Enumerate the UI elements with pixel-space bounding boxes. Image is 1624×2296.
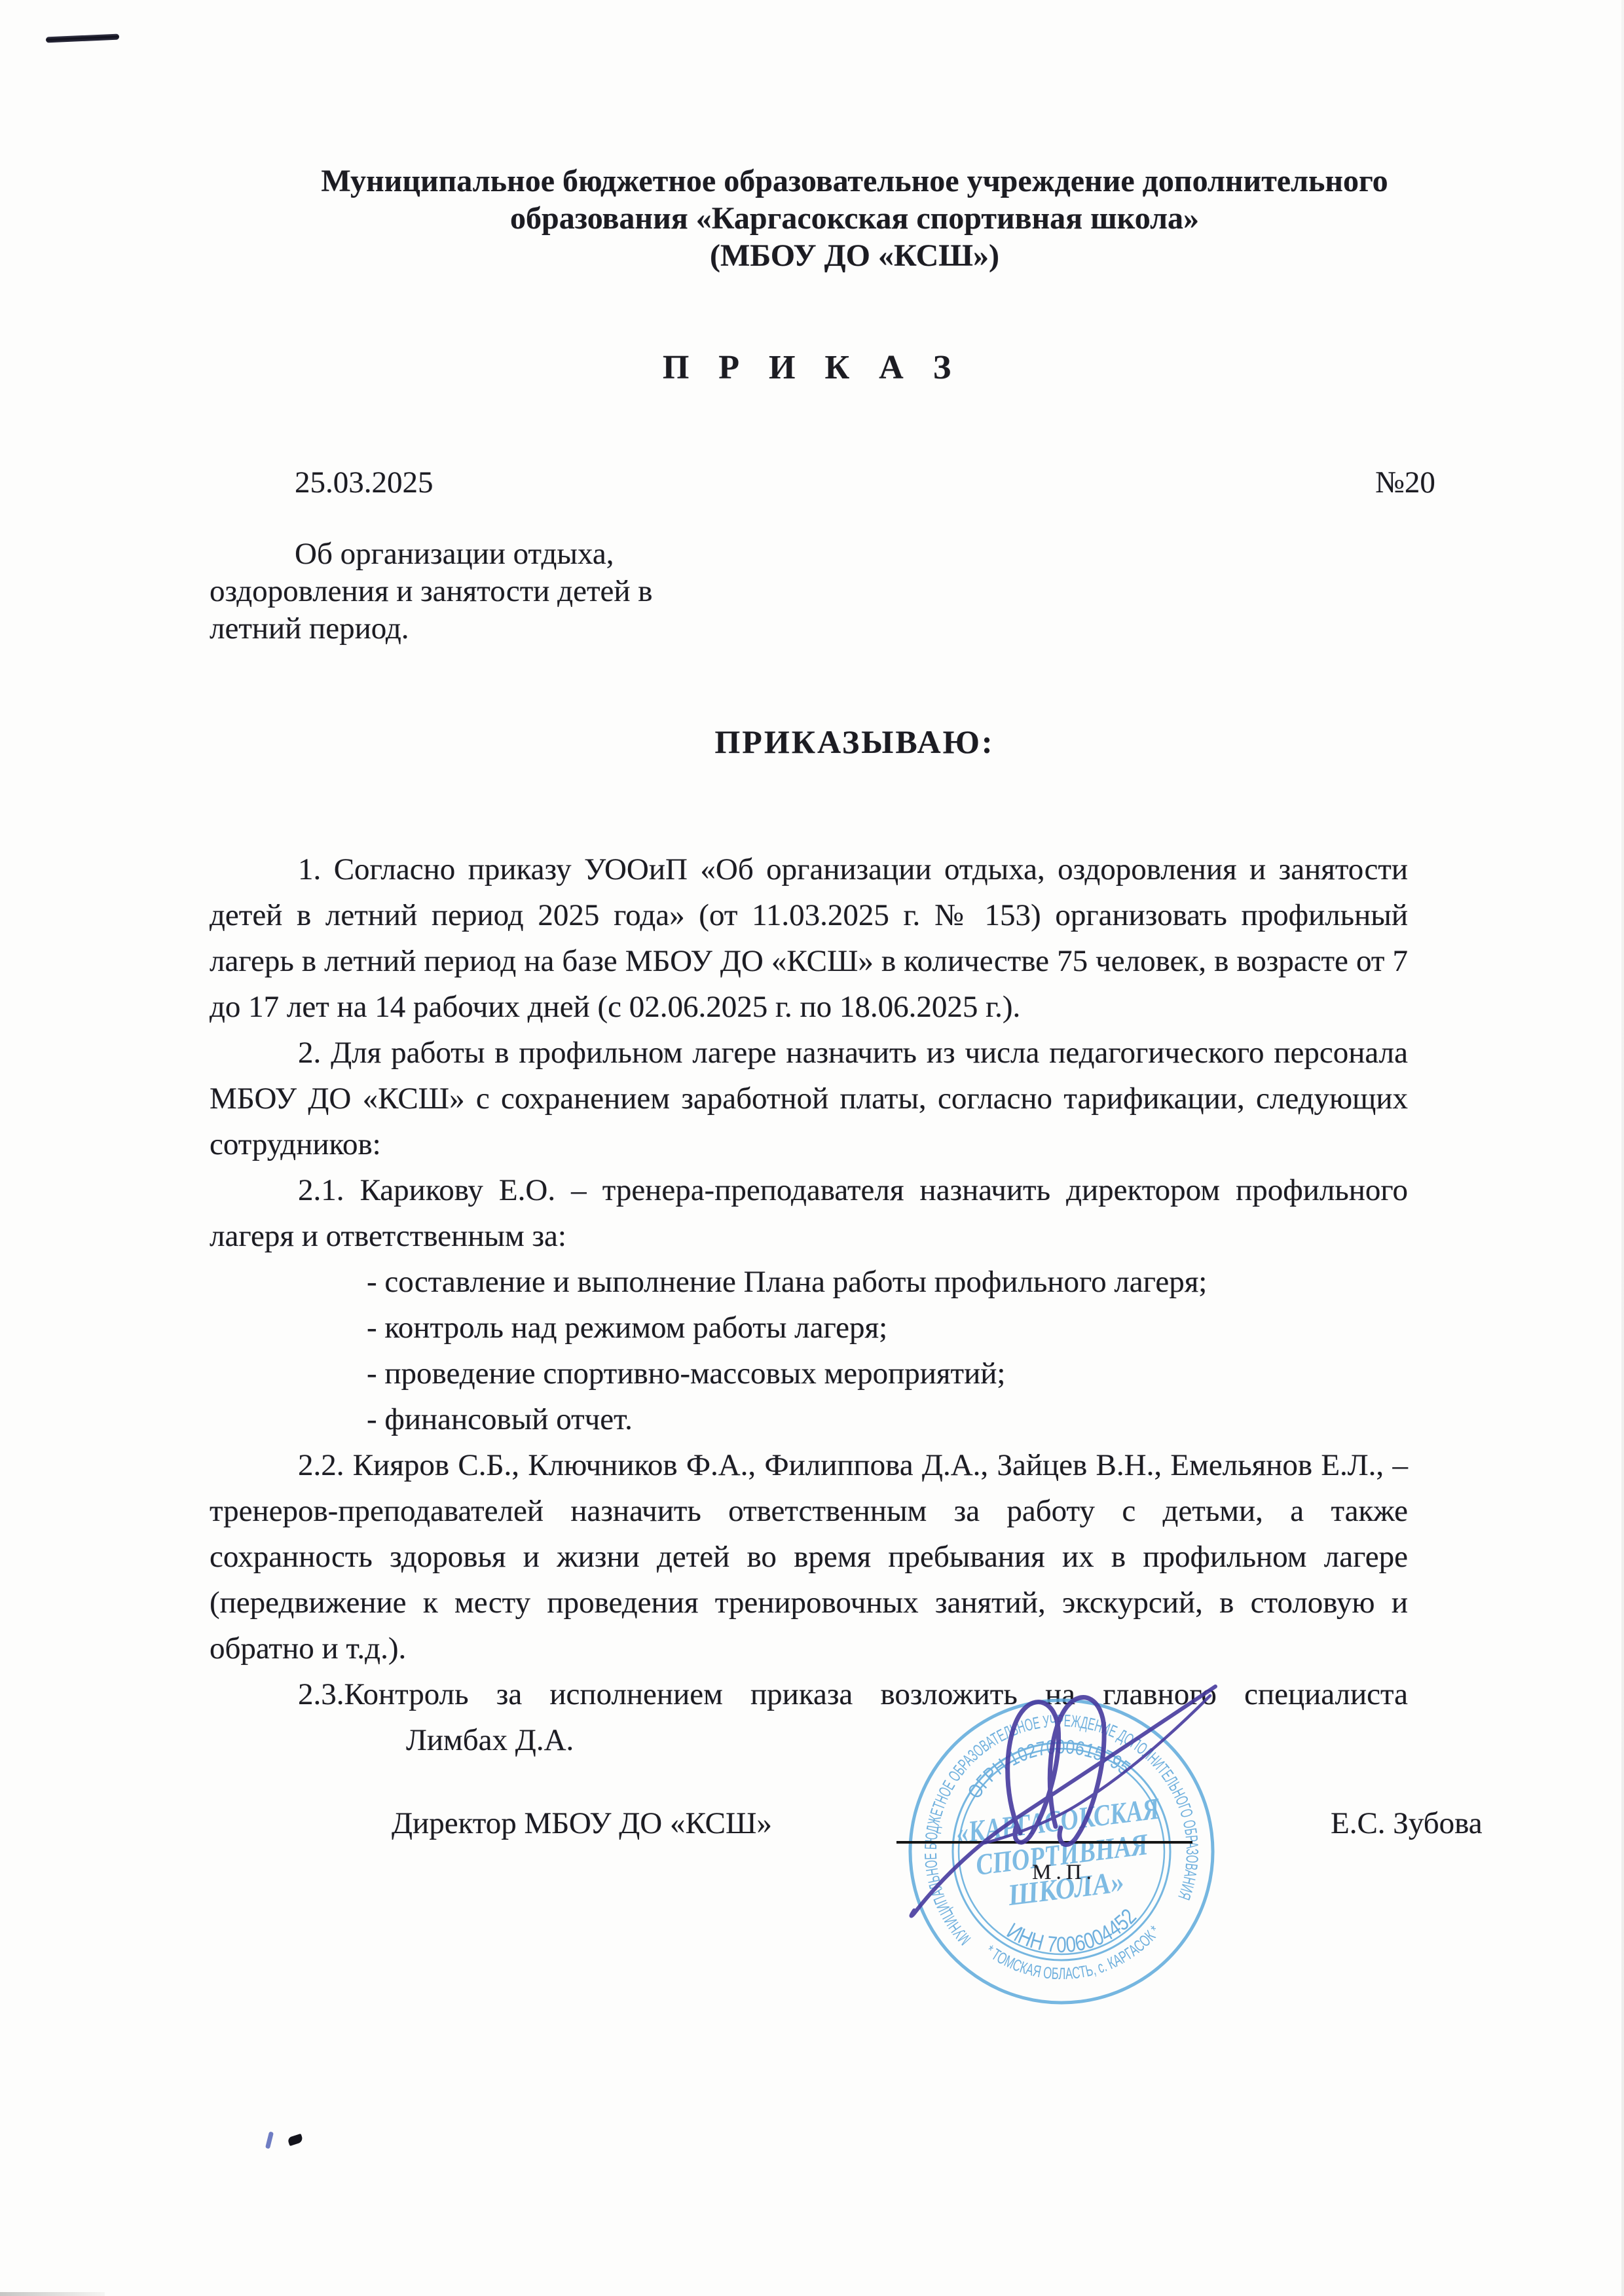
signature-loop-2 [1050,1698,1104,1845]
resolution-word: ПРИКАЗЫВАЮ: [85,723,1624,761]
org-header-line-1: Муниципальное бюджетное образовательное … [85,162,1624,200]
scan-edge-bottom [0,2292,105,2296]
doc-title: П Р И К А З [0,348,1624,387]
doc-date: 25.03.2025 [295,465,434,500]
order-body: 1. Согласно приказу УООиП «Об организаци… [210,847,1408,1763]
org-header-line-3: (МБОУ ДО «КСШ») [85,237,1624,274]
paragraph-1: 1. Согласно приказу УООиП «Об организаци… [210,847,1408,1030]
paragraph-2-2: 2.2. Кияров С.Б., Ключников Ф.А., Филипп… [210,1442,1408,1671]
doc-number: №20 [1375,465,1435,500]
ink-speck-black [287,2134,304,2146]
doc-subject: Об организации отдыха, оздоровления и за… [210,536,707,647]
signee-position: Директор МБОУ ДО «КСШ» [392,1806,772,1841]
scanned-order-page: Муниципальное бюджетное образовательное … [0,0,1624,2296]
bullet-item: - контроль над режимом работы лагеря; [210,1305,1408,1351]
bullet-item: - финансовый отчет. [210,1396,1408,1442]
org-header-line-2: образования «Каргасокская спортивная шко… [85,200,1624,237]
subject-line-3: летний период. [210,610,707,647]
org-header: Муниципальное бюджетное образовательное … [85,162,1624,274]
staple-mark [46,34,119,43]
subject-line-2: оздоровления и занятости детей в [210,573,707,610]
handwritten-signature [878,1668,1245,2035]
scan-edge-right [1621,0,1624,2296]
subject-line-1: Об организации отдыха, [210,536,707,573]
ink-speck-blue [265,2132,274,2149]
paragraph-2: 2. Для работы в профильном лагере назнач… [210,1030,1408,1167]
bullet-item: - составление и выполнение Плана работы … [210,1259,1408,1305]
bullet-item: - проведение спортивно-массовых мероприя… [210,1351,1408,1396]
signature-stroke-long [912,1686,1215,1916]
paragraph-2-1: 2.1. Карикову Е.О. – тренера-преподавате… [210,1167,1408,1259]
signee-name: Е.С. Зубова [1331,1806,1483,1841]
